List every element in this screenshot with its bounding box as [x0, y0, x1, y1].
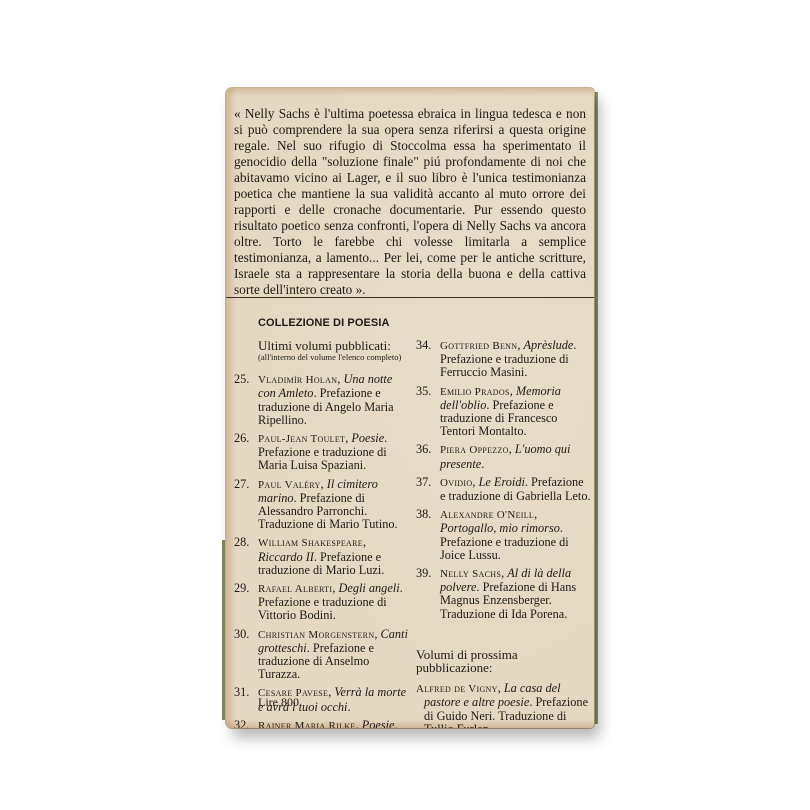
- spine-edge: [594, 92, 598, 724]
- volume-title: Degli angeli: [338, 581, 399, 595]
- volume-title: Poesie: [351, 431, 384, 445]
- volume-author: Paul-Jean Toulet: [258, 433, 345, 445]
- volume-number: 30.: [234, 628, 249, 641]
- volume-number: 27.: [234, 478, 249, 491]
- price-label: Lire 800: [258, 695, 299, 710]
- volume-number: 38.: [416, 508, 431, 521]
- recent-heading: Ultimi volumi pubblicati:: [234, 339, 412, 352]
- volume-entry: 37.Ovidio, Le Eroidi. Prefazione e tradu…: [416, 476, 592, 503]
- volume-number: 34.: [416, 339, 431, 352]
- upcoming-list: Alfred de Vigny, La casa del pastore e a…: [416, 682, 592, 728]
- volume-author: William Shakespeare: [258, 537, 363, 549]
- volume-entry: 27.Paul Valéry, Il cimitero marino. Pref…: [234, 478, 412, 532]
- collection-title: COLLEZIONE DI POESIA: [258, 317, 390, 329]
- volume-description: .: [481, 457, 484, 471]
- volume-title: Aprèslude: [524, 338, 574, 352]
- volume-number: 25.: [234, 373, 249, 386]
- volume-title: Portogallo, mio rimorso: [440, 521, 560, 535]
- divider-line: [226, 297, 594, 298]
- volume-author: Christian Morgenstern: [258, 629, 374, 641]
- volume-entry: 34.Gottfried Benn, Aprèslude. Prefazione…: [416, 339, 592, 380]
- volume-author: Piera Oppezzo: [440, 444, 509, 456]
- volume-author: Nelly Sachs: [440, 568, 501, 580]
- volume-author: Rainer Maria Rilke: [258, 720, 356, 728]
- volume-list-left: 25.Vladimír Holan, Una notte con Amleto.…: [234, 373, 412, 728]
- upcoming-entry: Alfred de Vigny, La casa del pastore e a…: [416, 682, 592, 728]
- volume-entry: 39.Nelly Sachs, Al di là della polvere. …: [416, 567, 592, 621]
- volume-number: 26.: [234, 432, 249, 445]
- volume-author: Gottfried Benn: [440, 340, 517, 352]
- volume-description: .: [347, 700, 350, 714]
- volume-author: Emilio Prados: [440, 386, 510, 398]
- volume-number: 31.: [234, 686, 249, 699]
- volume-entry: 30.Christian Morgenstern, Canti grottesc…: [234, 628, 412, 682]
- upcoming-heading: Volumi di prossima pubblicazione:: [416, 648, 592, 674]
- volume-entry: 28.William Shakespeare, Riccardo II. Pre…: [234, 536, 412, 577]
- volume-author: Ovidio: [440, 477, 472, 489]
- volume-number: 28.: [234, 536, 249, 549]
- volume-list-right: 34.Gottfried Benn, Aprèslude. Prefazione…: [416, 339, 592, 621]
- recent-note: (all'interno del volume l'elenco complet…: [234, 352, 412, 363]
- recent-volumes-column-left: Ultimi volumi pubblicati: (all'interno d…: [234, 339, 412, 728]
- book-back-cover: « Nelly Sachs è l'ultima poetessa ebraic…: [226, 88, 594, 728]
- recent-volumes-column-right: 34.Gottfried Benn, Aprèslude. Prefazione…: [416, 339, 592, 728]
- volume-entry: 25.Vladimír Holan, Una notte con Amleto.…: [234, 373, 412, 427]
- volume-number: 29.: [234, 582, 249, 595]
- volume-entry: 32.Rainer Maria Rilke, Poesie. Traduzion…: [234, 719, 412, 728]
- blurb-quote: « Nelly Sachs è l'ultima poetessa ebraic…: [234, 106, 586, 298]
- volume-entry: 35.Emilio Prados, Memoria dell'oblio. Pr…: [416, 385, 592, 439]
- upcoming-author: Alfred de Vigny: [416, 683, 498, 695]
- volume-number: 39.: [416, 567, 431, 580]
- volume-author: Vladimír Holan: [258, 374, 337, 386]
- volume-number: 32.: [234, 719, 249, 728]
- volume-number: 36.: [416, 443, 431, 456]
- volume-number: 35.: [416, 385, 431, 398]
- volume-title: Le Eroidi: [479, 475, 525, 489]
- volume-author: Rafael Alberti: [258, 583, 332, 595]
- volume-number: 37.: [416, 476, 431, 489]
- volume-entry: 38.Alexandre O'Neill, Portogallo, mio ri…: [416, 508, 592, 562]
- volume-author: Paul Valéry: [258, 479, 321, 491]
- volume-title: Poesie: [362, 718, 395, 728]
- volume-entry: 29.Rafael Alberti, Degli angeli. Prefazi…: [234, 582, 412, 623]
- volume-entry: 36.Piera Oppezzo, L'uomo qui presente.: [416, 443, 592, 470]
- volume-title: Riccardo II: [258, 550, 314, 564]
- volume-author: Alexandre O'Neill: [440, 509, 534, 521]
- volume-entry: 26.Paul-Jean Toulet, Poesie. Prefazione …: [234, 432, 412, 473]
